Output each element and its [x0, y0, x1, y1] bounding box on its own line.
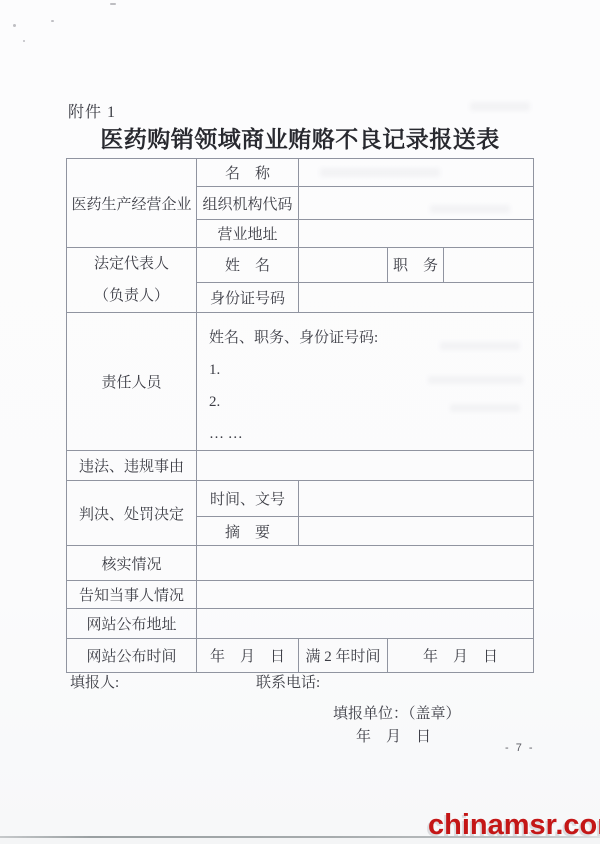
cell-legal-rep-group-label: 法定代表人 （负责人） [67, 248, 197, 313]
cell-address-label: 营业地址 [197, 220, 299, 248]
cell-name-label: 名 称 [197, 159, 299, 187]
legal-rep-line2: （负责人） [67, 280, 196, 312]
cell-publish-date: 年 月 日 [197, 639, 299, 673]
cell-notification-label: 告知当事人情况 [67, 581, 197, 609]
attachment-label: 附件 1 [68, 99, 116, 122]
cell-id-label: 身份证号码 [197, 282, 299, 312]
unit-label: 填报单位：（盖章） [333, 702, 461, 723]
cell-duty-label: 职 务 [388, 248, 444, 283]
responsible-more: … … [197, 418, 533, 450]
cell-person-name-value [299, 248, 388, 283]
legal-rep-line1: 法定代表人 [67, 248, 196, 280]
scan-speck [23, 40, 25, 42]
cell-time-doc-label: 时间、文号 [197, 481, 299, 517]
cell-address-value [299, 220, 534, 248]
cell-org-code-label: 组织机构代码 [197, 187, 299, 220]
cell-violation-label: 违法、违规事由 [67, 451, 197, 481]
cell-verification-value [197, 546, 534, 581]
watermark-text: chinamsr.com [428, 809, 598, 842]
cell-verification-label: 核实情况 [67, 546, 197, 581]
cell-website-time-label: 网站公布时间 [67, 639, 197, 673]
cell-judgment-group-label: 判决、处罚决定 [67, 481, 197, 546]
cell-time-doc-value [299, 481, 534, 517]
cell-violation-value [197, 451, 534, 481]
cell-duty-value [444, 248, 534, 283]
page-title: 医药购销领域商业贿赂不良记录报送表 [0, 121, 600, 154]
cell-website-address-label: 网站公布地址 [67, 609, 197, 639]
cell-expire-date: 年 月 日 [388, 639, 534, 673]
cell-org-code-value [299, 187, 534, 220]
cell-responsible-content: 姓名、职务、身份证号码: 1. 2. … … [197, 313, 534, 451]
cell-notification-value [197, 581, 534, 609]
scan-speck [110, 3, 116, 5]
responsible-item1: 1. [197, 354, 533, 386]
cell-person-name-label: 姓 名 [197, 248, 299, 283]
bleedthrough-smudge [470, 102, 530, 111]
cell-enterprise-group-label: 医药生产经营企业 [67, 159, 197, 248]
report-form-table: 医药生产经营企业 名 称 组织机构代码 营业地址 法定代表人 （负责人） 姓 名… [66, 158, 534, 673]
phone-label: 联系电话: [256, 671, 320, 692]
cell-two-year-label: 满 2 年时间 [299, 639, 388, 673]
cell-name-value [299, 159, 534, 187]
filler-label: 填报人: [70, 671, 119, 692]
responsible-item2: 2. [197, 386, 533, 418]
cell-id-value [299, 282, 534, 312]
sign-date-label: 年 月 日 [356, 725, 431, 746]
cell-website-address-value [197, 609, 534, 639]
cell-summary-label: 摘 要 [197, 517, 299, 546]
responsible-header: 姓名、职务、身份证号码: [197, 322, 533, 354]
cell-summary-value [299, 517, 534, 546]
scan-speck [13, 24, 16, 27]
scan-speck [51, 20, 54, 22]
page-number: - 7 - [505, 742, 535, 754]
cell-responsible-group-label: 责任人员 [67, 313, 197, 451]
